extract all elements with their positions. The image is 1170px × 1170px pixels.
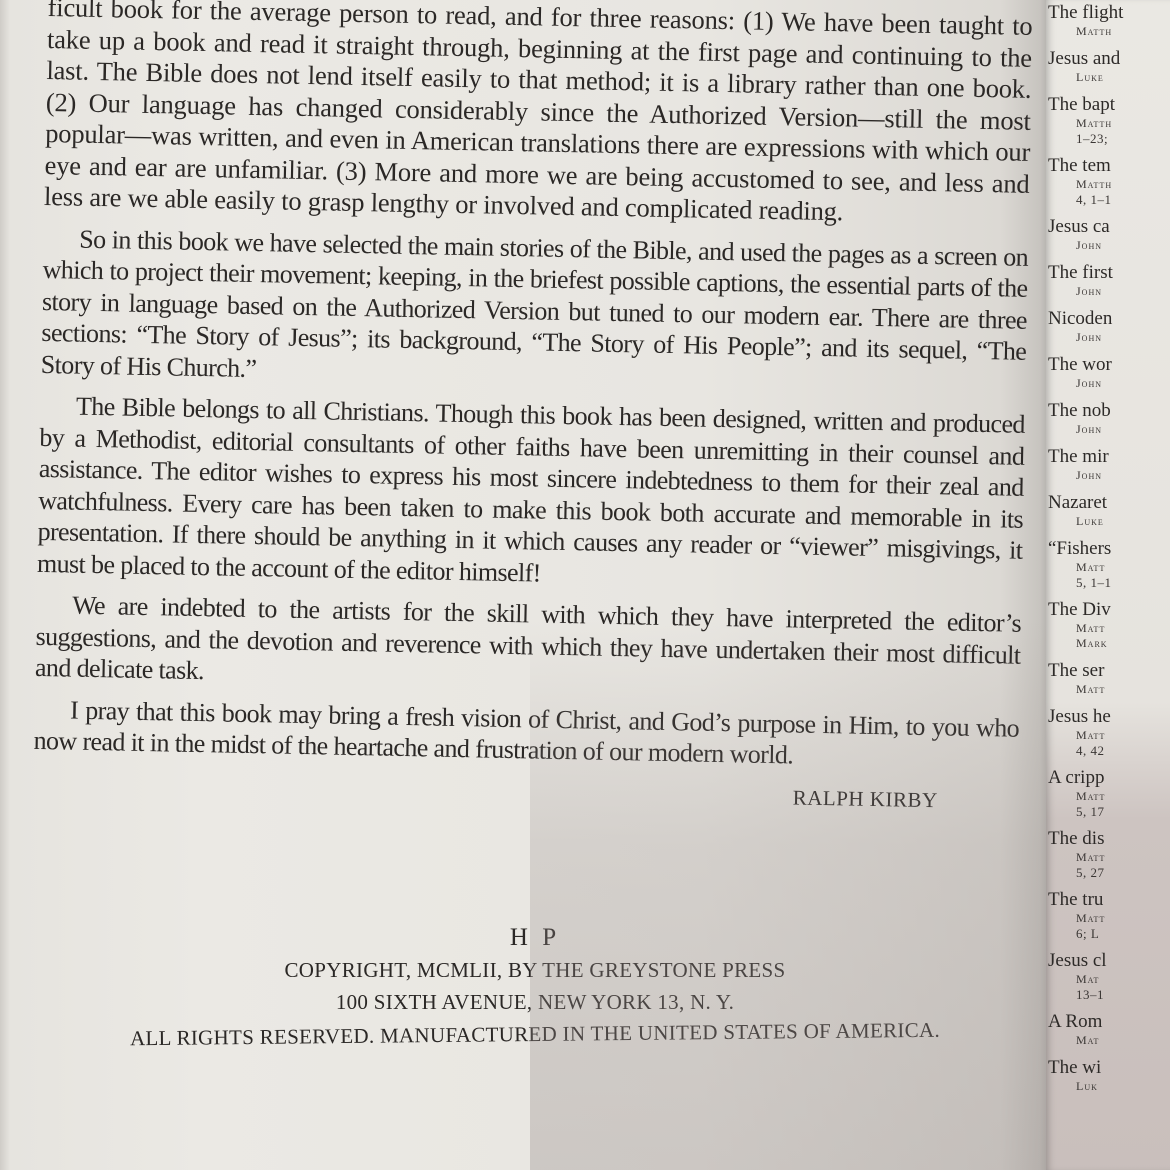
toc-entry: The serMatt: [1048, 660, 1170, 697]
toc-entry: “FishersMatt5, 1–1: [1048, 538, 1170, 590]
toc-entry: The worJohn: [1048, 354, 1170, 391]
toc-entry: A RomMat: [1048, 1011, 1170, 1048]
toc-entry: The DivMattMark: [1048, 599, 1170, 651]
preface-text-block: ficult book for the average person to re…: [33, 0, 1033, 814]
toc-entry: The baptMatth1–23;: [1048, 94, 1170, 146]
toc-entry: Jesus clMat13–1: [1048, 950, 1170, 1002]
toc-entry: The firstJohn: [1048, 262, 1170, 299]
author-signature: RALPH KIRBY: [33, 770, 938, 812]
toc-entry: The disMatt5, 27: [1048, 828, 1170, 880]
toc-entry: The mirJohn: [1048, 446, 1170, 483]
toc-entry: The nobJohn: [1048, 400, 1170, 437]
paragraph-prayer: I pray that this book may bring a fresh …: [33, 693, 1019, 775]
paragraph-reasons: ficult book for the average person to re…: [44, 0, 1033, 231]
table-of-contents: Matth The flightMatth Jesus andLuke The …: [1048, 0, 1170, 1103]
paragraph-1-text: ficult book for the average person to re…: [44, 0, 1033, 226]
toc-entry: The truMatt6; L: [1048, 889, 1170, 941]
copyright-line: COPYRIGHT, MCMLII, BY THE GREYSTONE PRES…: [40, 954, 1030, 986]
toc-entry: Jesus andLuke: [1048, 48, 1170, 85]
toc-entry: The wiLuk: [1048, 1057, 1170, 1094]
toc-entry: A crippMatt5, 17: [1048, 767, 1170, 819]
left-page: ficult book for the average person to re…: [0, 0, 1046, 1170]
toc-entry: NazaretLuke: [1048, 492, 1170, 529]
publisher-imprint: H P COPYRIGHT, MCMLII, BY THE GREYSTONE …: [40, 922, 1030, 1050]
rights-line: ALL RIGHTS RESERVED. MANUFACTURED IN THE…: [40, 1013, 1030, 1055]
toc-entry: The flightMatth: [1048, 2, 1170, 39]
toc-entry: The temMatth4, 1–1: [1048, 155, 1170, 207]
publisher-logo: H P: [40, 922, 1030, 954]
toc-entry: NicodenJohn: [1048, 308, 1170, 345]
address-line: 100 SIXTH AVENUE, NEW YORK 13, N. Y.: [40, 986, 1030, 1018]
paragraph-artists: We are indebted to the artists for the s…: [35, 589, 1022, 702]
toc-entry: Jesus caJohn: [1048, 216, 1170, 253]
toc-entry: Jesus heMatt4, 42: [1048, 706, 1170, 758]
paragraph-christians: The Bible belongs to all Christians. Tho…: [37, 390, 1025, 598]
paragraph-selection: So in this book we have selected the mai…: [41, 222, 1029, 398]
